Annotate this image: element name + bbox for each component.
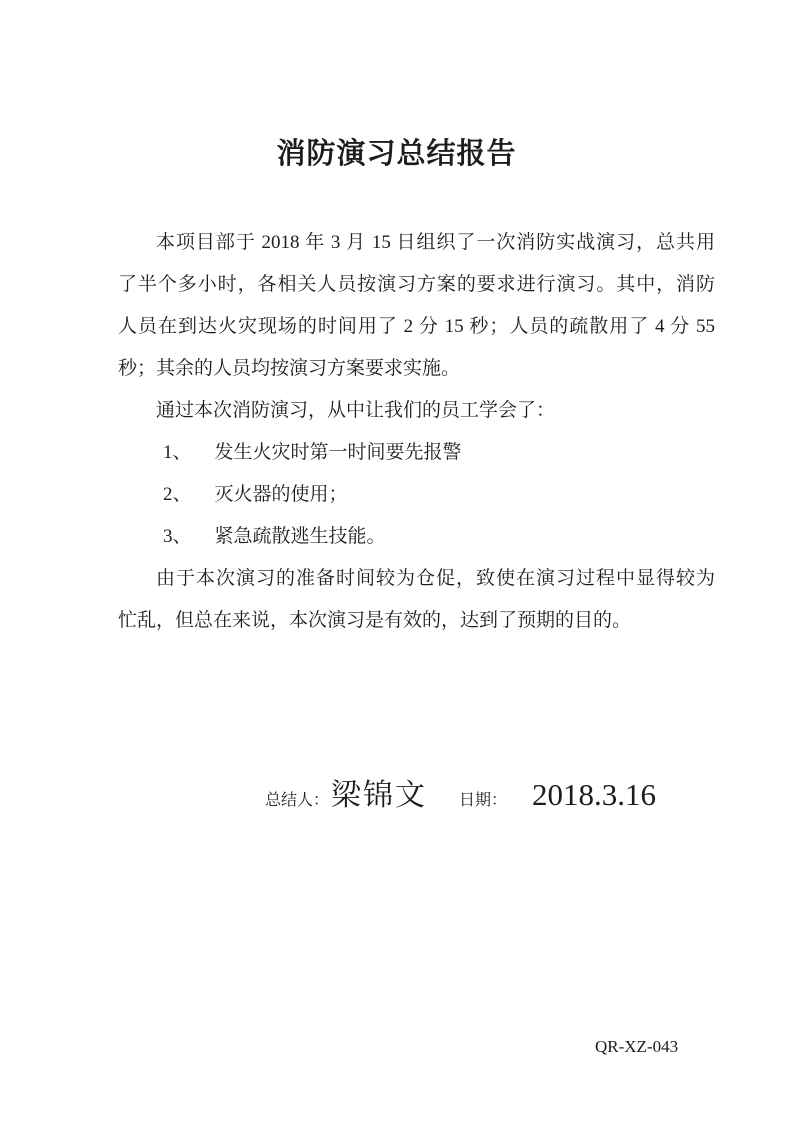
- paragraph-3-line-1: 由于本次演习的准备时间较为仓促，致使在演习过程中显得较为: [118, 558, 715, 600]
- list-item-2: 2、灭火器的使用；: [118, 474, 715, 516]
- signature-line: 总结人： 梁锦文 日期： 2018.3.16: [265, 779, 656, 811]
- paragraph-1-line-2: 了半个多小时，各相关人员按演习方案的要求进行演习。其中，消防: [118, 264, 715, 306]
- document-page: 消防演习总结报告 本项目部于 2018 年 3 月 15 日组织了一次消防实战演…: [0, 0, 793, 1122]
- date-value: 2018.3.16: [532, 779, 656, 810]
- footer-document-code: QR-XZ-043: [595, 1037, 678, 1057]
- signature-label: 总结人：: [265, 793, 329, 809]
- list-item-3-number: 3、: [163, 516, 192, 558]
- list-item-2-number: 2、: [163, 474, 192, 516]
- page-title: 消防演习总结报告: [0, 140, 793, 169]
- list-item-3-text: 紧急疏散逃生技能。: [215, 526, 386, 547]
- list-item-2-text: 灭火器的使用；: [215, 484, 348, 505]
- paragraph-1-line-3: 人员在到达火灾现场的时间用了 2 分 15 秒；人员的疏散用了 4 分 55: [118, 306, 715, 348]
- list-item-1: 1、发生火灾时第一时间要先报警: [118, 432, 715, 474]
- list-item-1-text: 发生火灾时第一时间要先报警: [215, 442, 462, 463]
- paragraph-3-line-2: 忙乱，但总在来说，本次演习是有效的，达到了预期的目的。: [118, 600, 715, 642]
- signature-name: 梁锦文: [331, 781, 427, 811]
- paragraph-1-line-1: 本项目部于 2018 年 3 月 15 日组织了一次消防实战演习，总共用: [118, 222, 715, 264]
- list-item-1-number: 1、: [163, 432, 192, 474]
- paragraph-1-line-4: 秒；其余的人员均按演习方案要求实施。: [118, 348, 715, 390]
- body-text: 本项目部于 2018 年 3 月 15 日组织了一次消防实战演习，总共用 了半个…: [118, 222, 715, 642]
- list-item-3: 3、紧急疏散逃生技能。: [118, 516, 715, 558]
- paragraph-2: 通过本次消防演习，从中让我们的员工学会了：: [118, 390, 715, 432]
- date-label: 日期：: [459, 793, 507, 809]
